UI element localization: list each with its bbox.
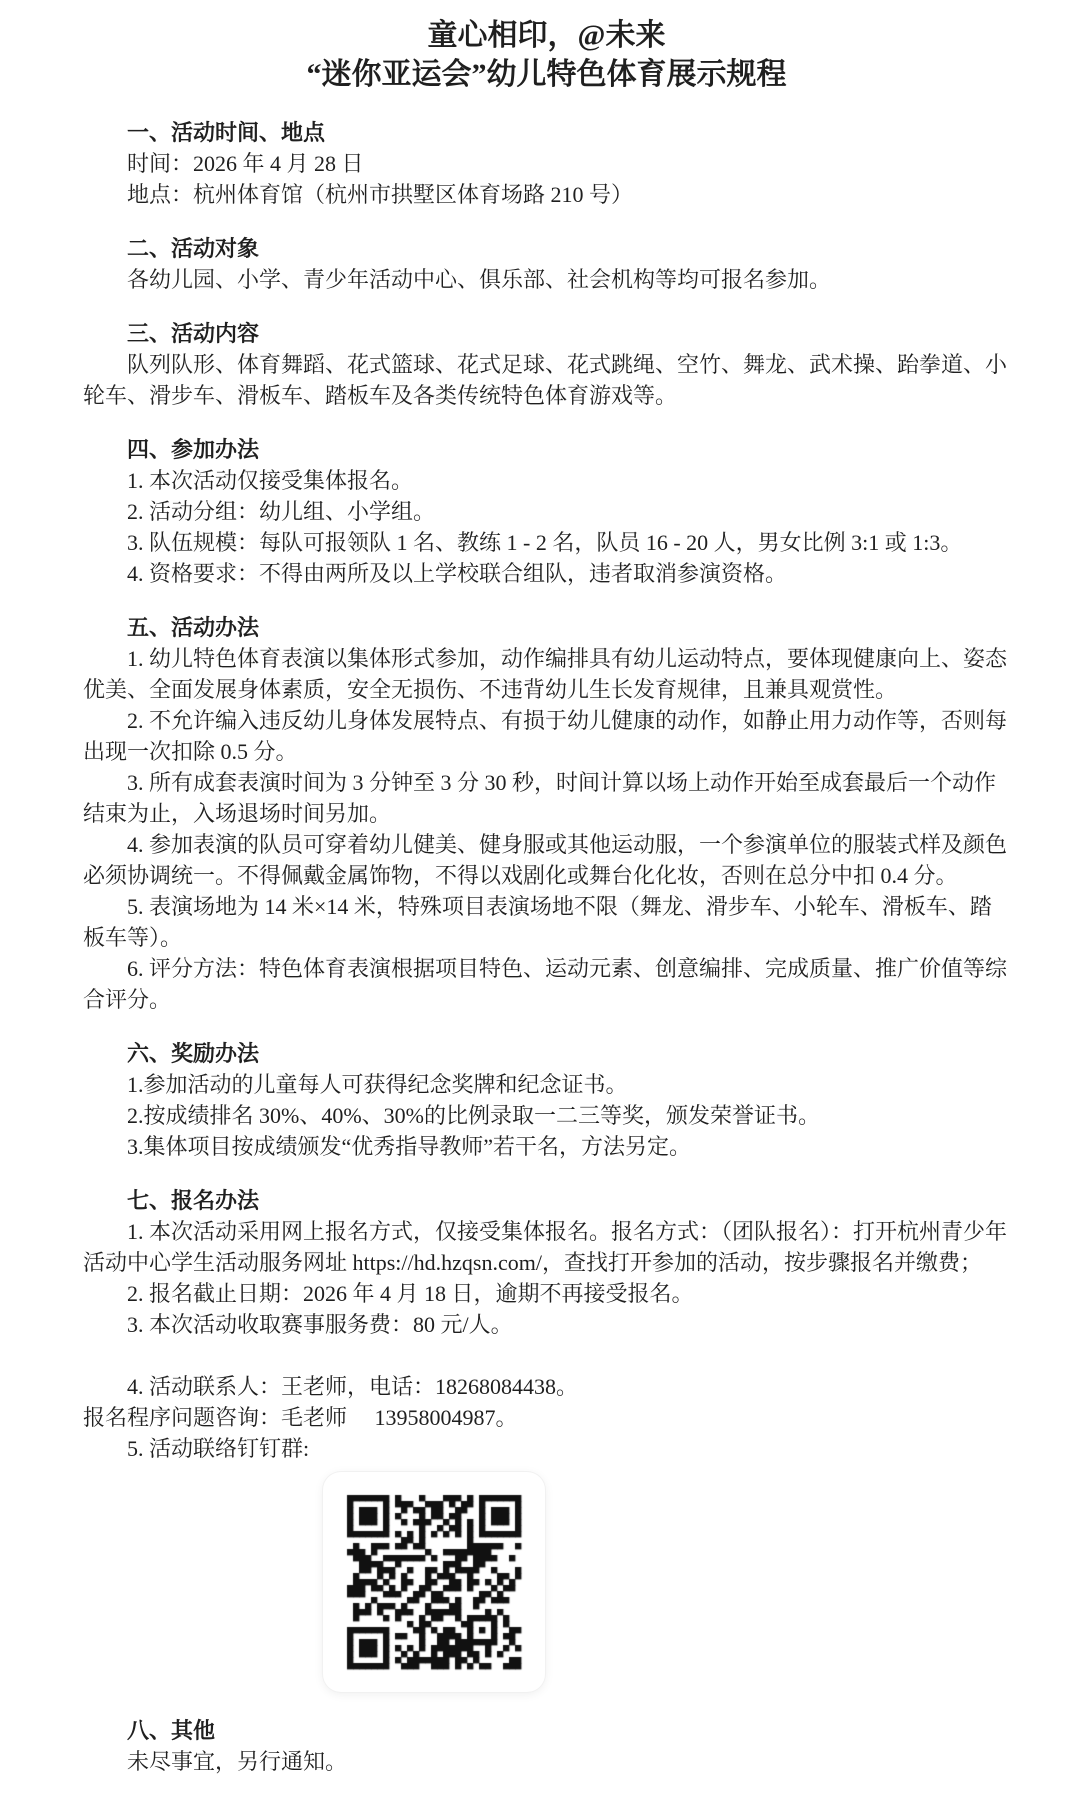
qr-code-card — [323, 1472, 545, 1692]
list-item: 2. 不允许编入违反幼儿身体发展特点、有损于幼儿健康的动作，如静止用力动作等，否… — [83, 705, 1010, 767]
section-registration: 七、报名办法 1. 本次活动采用网上报名方式，仅接受集体报名。报名方式：（团队报… — [83, 1185, 1010, 1692]
section-activity-rules-heading: 五、活动办法 — [83, 612, 1010, 643]
section-other-heading: 八、其他 — [83, 1715, 1010, 1746]
paragraph: 队列队形、体育舞蹈、花式篮球、花式足球、花式跳绳、空竹、舞龙、武术操、跆拳道、小… — [83, 349, 1010, 411]
section-activity-content-heading: 三、活动内容 — [83, 318, 1010, 349]
contact-line: 报名程序问题咨询：毛老师 13958004987。 — [83, 1402, 1010, 1433]
list-item: 3. 本次活动收取赛事服务费：80 元/人。 — [83, 1309, 1010, 1340]
section-participation-method-heading: 四、参加办法 — [83, 434, 1010, 465]
section-participation-method: 四、参加办法 1. 本次活动仅接受集体报名。 2. 活动分组：幼儿组、小学组。 … — [83, 434, 1010, 589]
paragraph: 各幼儿园、小学、青少年活动中心、俱乐部、社会机构等均可报名参加。 — [83, 264, 1010, 295]
list-item: 4. 资格要求：不得由两所及以上学校联合组队，违者取消参演资格。 — [83, 558, 1010, 589]
list-item: 1. 幼儿特色体育表演以集体形式参加，动作编排具有幼儿运动特点，要体现健康向上、… — [83, 643, 1010, 705]
list-item: 6. 评分方法：特色体育表演根据项目特色、运动元素、创意编排、完成质量、推广价值… — [83, 953, 1010, 1015]
dingtalk-group-qr-code — [335, 1483, 533, 1681]
section-time-location: 一、活动时间、地点 时间：2026 年 4 月 28 日 地点：杭州体育馆（杭州… — [83, 117, 1010, 210]
list-item: 1. 本次活动采用网上报名方式，仅接受集体报名。报名方式：（团队报名）：打开杭州… — [83, 1216, 1010, 1278]
paragraph-time: 时间：2026 年 4 月 28 日 — [83, 148, 1010, 179]
list-item: 4. 参加表演的队员可穿着幼儿健美、健身服或其他运动服，一个参演单位的服装式样及… — [83, 829, 1010, 891]
list-item: 2. 报名截止日期：2026 年 4 月 18 日，逾期不再接受报名。 — [83, 1278, 1010, 1309]
section-time-location-heading: 一、活动时间、地点 — [83, 117, 1010, 148]
section-registration-heading: 七、报名办法 — [83, 1185, 1010, 1216]
list-item: 3.集体项目按成绩颁发“优秀指导教师”若干名，方法另定。 — [83, 1131, 1010, 1162]
document-title-line2: “迷你亚运会”幼儿特色体育展示规程 — [83, 55, 1010, 94]
list-item: 3. 所有成套表演时间为 3 分钟至 3 分 30 秒，时间计算以场上动作开始至… — [83, 767, 1010, 829]
spacer — [83, 1340, 1010, 1371]
section-activity-rules: 五、活动办法 1. 幼儿特色体育表演以集体形式参加，动作编排具有幼儿运动特点，要… — [83, 612, 1010, 1015]
section-awards: 六、奖励办法 1.参加活动的儿童每人可获得纪念奖牌和纪念证书。 2.按成绩排名 … — [83, 1038, 1010, 1162]
list-item: 5. 活动联络钉钉群: — [83, 1433, 1010, 1464]
list-item: 1.参加活动的儿童每人可获得纪念奖牌和纪念证书。 — [83, 1069, 1010, 1100]
paragraph: 未尽事宜，另行通知。 — [83, 1746, 1010, 1777]
list-item: 2.按成绩排名 30%、40%、30%的比例录取一二三等奖，颁发荣誉证书。 — [83, 1100, 1010, 1131]
list-item: 1. 本次活动仅接受集体报名。 — [83, 465, 1010, 496]
section-participants-heading: 二、活动对象 — [83, 233, 1010, 264]
list-item: 2. 活动分组：幼儿组、小学组。 — [83, 496, 1010, 527]
section-participants: 二、活动对象 各幼儿园、小学、青少年活动中心、俱乐部、社会机构等均可报名参加。 — [83, 233, 1010, 295]
contact-line: 4. 活动联系人：王老师，电话：18268084438。 — [83, 1371, 1010, 1402]
paragraph-location: 地点：杭州体育馆（杭州市拱墅区体育场路 210 号） — [83, 179, 1010, 210]
list-item: 5. 表演场地为 14 米×14 米，特殊项目表演场地不限（舞龙、滑步车、小轮车… — [83, 891, 1010, 953]
section-awards-heading: 六、奖励办法 — [83, 1038, 1010, 1069]
document-title-line1: 童心相印，@未来 — [83, 16, 1010, 55]
section-other: 八、其他 未尽事宜，另行通知。 — [83, 1715, 1010, 1777]
section-activity-content: 三、活动内容 队列队形、体育舞蹈、花式篮球、花式足球、花式跳绳、空竹、舞龙、武术… — [83, 318, 1010, 411]
document-page: 童心相印，@未来 “迷你亚运会”幼儿特色体育展示规程 一、活动时间、地点 时间：… — [0, 0, 1080, 1807]
list-item: 3. 队伍规模：每队可报领队 1 名、教练 1 - 2 名，队员 16 - 20… — [83, 527, 1010, 558]
